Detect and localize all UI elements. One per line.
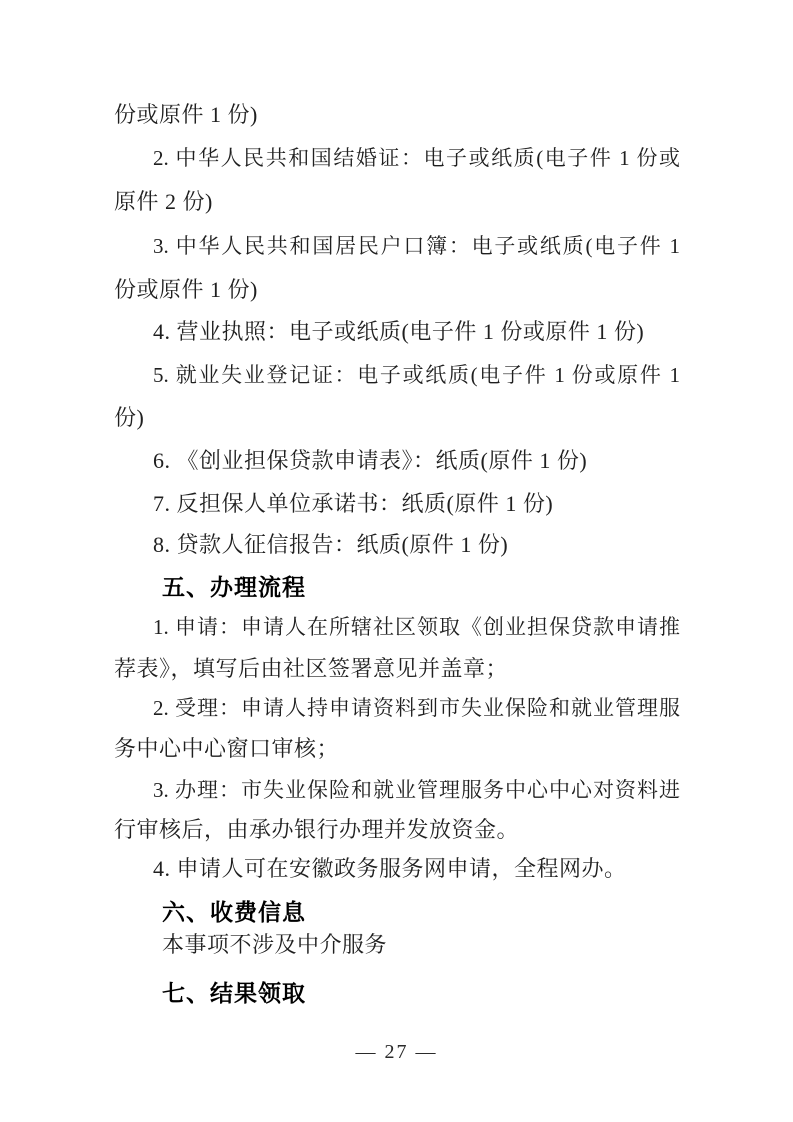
material-4: 4. 营业执照：电子或纸质(电子件 1 份或原件 1 份): [114, 316, 680, 348]
material-5: 5. 就业失业登记证：电子或纸质(电子件 1 份或原件 1: [114, 359, 680, 391]
material-1-continuation: 份或原件 1 份): [114, 99, 680, 131]
process-step-1: 1. 申请：申请人在所辖社区领取《创业担保贷款申请推: [114, 611, 680, 643]
fees-note: 本事项不涉及中介服务: [114, 929, 680, 961]
material-3: 3. 中华人民共和国居民户口簿：电子或纸质(电子件 1: [114, 230, 680, 262]
material-6: 6. 《创业担保贷款申请表》：纸质(原件 1 份): [114, 445, 680, 477]
section-heading-fees: 六、收费信息: [114, 896, 680, 928]
page-number: — 27 —: [0, 1038, 793, 1066]
process-step-3-continuation: 行审核后，由承办银行办理并发放资金。: [114, 814, 680, 846]
section-heading-process: 五、办理流程: [114, 571, 680, 603]
process-step-4: 4. 申请人可在安徽政务服务网申请，全程网办。: [114, 853, 680, 885]
material-2: 2. 中华人民共和国结婚证：电子或纸质(电子件 1 份或: [114, 142, 680, 174]
process-step-3: 3. 办理：市失业保险和就业管理服务中心中心对资料进: [114, 774, 680, 806]
material-2-continuation: 原件 2 份): [114, 186, 680, 218]
process-step-2-continuation: 务中心中心窗口审核；: [114, 733, 680, 765]
material-3-continuation: 份或原件 1 份): [114, 274, 680, 306]
process-step-2: 2. 受理：申请人持申请资料到市失业保险和就业管理服: [114, 692, 680, 724]
document-page: 份或原件 1 份) 2. 中华人民共和国结婚证：电子或纸质(电子件 1 份或 原…: [0, 0, 793, 1122]
material-8: 8. 贷款人征信报告：纸质(原件 1 份): [114, 529, 680, 561]
process-step-1-continuation: 荐表》，填写后由社区签署意见并盖章；: [114, 653, 680, 685]
section-heading-result: 七、结果领取: [114, 977, 680, 1009]
material-5-continuation: 份): [114, 402, 680, 434]
material-7: 7. 反担保人单位承诺书：纸质(原件 1 份): [114, 488, 680, 520]
